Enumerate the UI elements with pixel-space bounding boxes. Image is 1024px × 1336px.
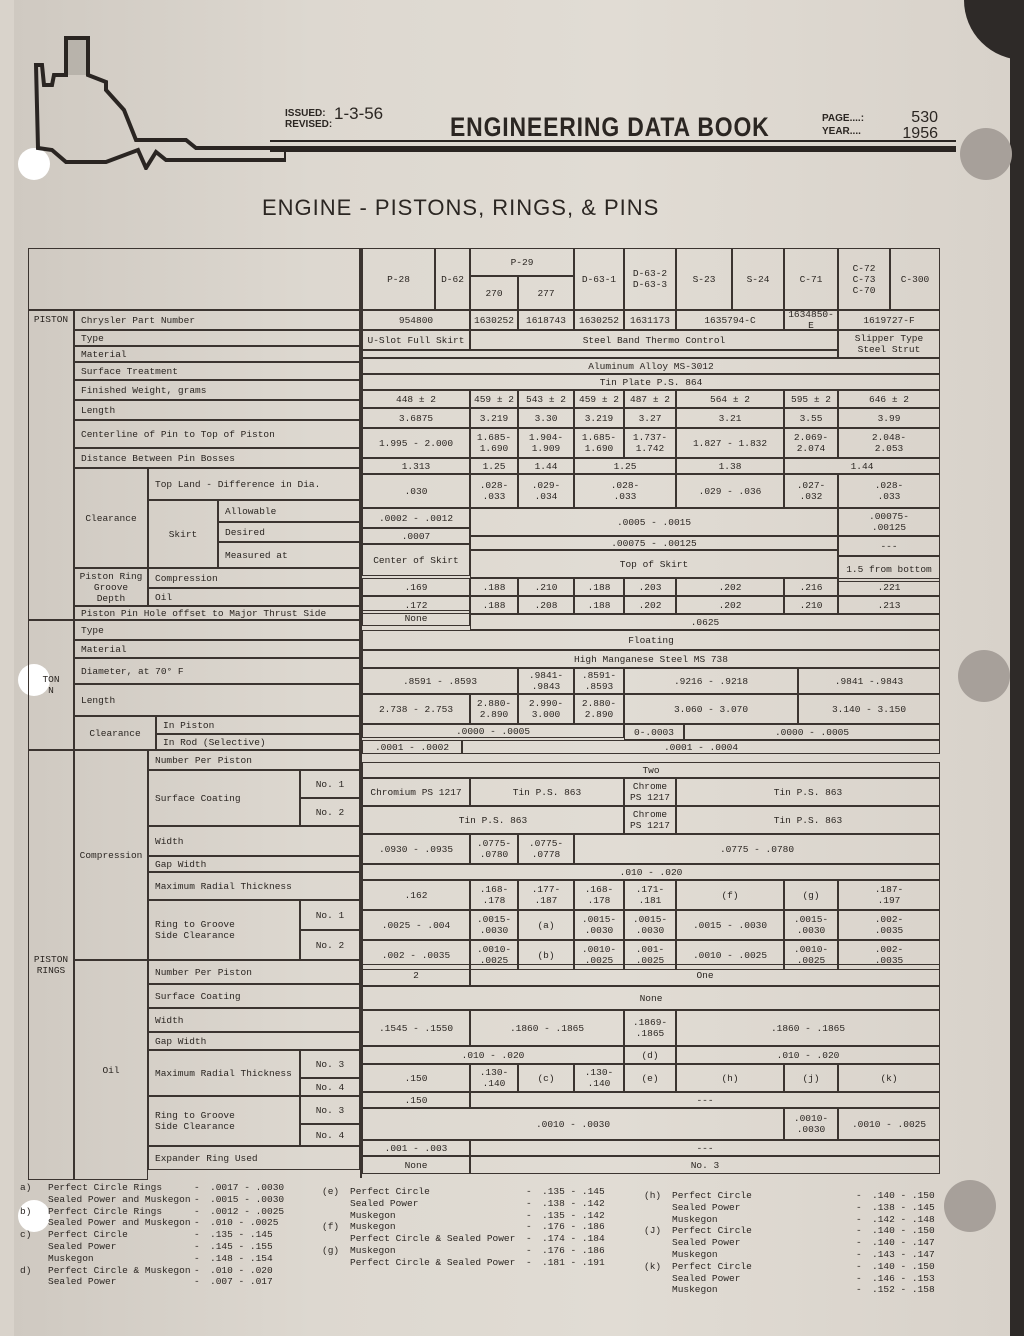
cell-oil-side4: .001 - .003 [362,1140,470,1156]
cell-bosses: 1.25 [470,458,518,474]
page-year-values: 530 1956 [898,110,938,142]
cell-type: Steel Band Thermo Control [470,330,838,350]
footnote-manufacturer: Muskegon [350,1210,526,1222]
row-label-length: Length [74,400,360,420]
row-label-material: Material [74,346,360,362]
cell-oil-coating: None [362,986,940,1010]
footnote-row: b)Perfect Circle Rings-.0012 - .0025 [20,1206,284,1218]
cell-pin-diameter: .8591 - .8593 [362,668,518,694]
footnote-dash: - [526,1233,542,1245]
cell-pin-length: 3.140 - 3.150 [798,694,940,724]
row-label-pin-type: Type [74,620,360,640]
cell-bosses: 1.44 [518,458,574,474]
footnote-key [20,1217,48,1229]
cell-oil-width: .1860 - .1865 [470,1010,624,1046]
footnotes-column-2: (e)Perfect Circle-.135 - .145Sealed Powe… [322,1186,605,1269]
binder-hole-shadow [958,650,1010,702]
cell-allowable: .0005 - .0015 [470,508,838,536]
cell-length: 3.55 [784,408,838,428]
row-label-pin-material: Material [74,640,360,658]
col-header-p29: P-29 [470,248,574,276]
footnote-key: b) [20,1206,48,1218]
footnote-row: Perfect Circle & Sealed Power-.174 - .18… [322,1233,605,1245]
skirt-label: Skirt [148,500,218,568]
issued-date: 1-3-56 [334,104,383,124]
cell-topland: .028- .033 [470,474,518,508]
cell-measured: Center of Skirt [362,544,470,576]
footnote-row: Muskegon-.148 - .154 [20,1253,284,1265]
cell-surface: Tin Plate P.S. 864 [362,374,940,390]
cell-type: U-Slot Full Skirt [362,330,470,350]
cell-oil_rad3: (e) [624,1064,676,1092]
cell-coat1: Tin P.S. 863 [676,778,940,806]
footnote-key [644,1273,672,1285]
section-rings: PISTON RINGS [28,750,74,1180]
binder-hole-shadow [944,1180,996,1232]
col-header-c72: C-72 C-73 C-70 [838,248,890,310]
cell-groove_oil: .210 [784,596,838,614]
cell-coat2: Tin P.S. 863 [676,806,940,834]
cell-groove_comp: .169 [362,578,470,596]
cell-length: 3.21 [676,408,784,428]
clearance-label: Clearance [74,468,148,568]
cell-centerline: 1.904- 1.909 [518,428,574,458]
footnote-manufacturer: Perfect Circle & Muskegon [48,1265,194,1277]
footnote-dash: - [194,1276,210,1288]
col-header-s23: S-23 [676,248,732,310]
footnote-dash: - [194,1217,210,1229]
cell-oil-number: One [470,964,940,986]
cell-groove_comp: .203 [624,578,676,596]
col-header-s24: S-24 [732,248,784,310]
cell-desired: .00075 - .00125 [470,536,838,550]
cell-oil-rad4: --- [470,1092,940,1108]
cell-part: 1634850-E [784,310,838,330]
row-label-comp-number: Number Per Piston [148,750,360,770]
cell-weight: 459 ± 2 [574,390,624,408]
footnote-manufacturer: Perfect Circle [672,1225,856,1237]
cell-groove_oil: .202 [624,596,676,614]
footnote-key: a) [20,1182,48,1194]
footnote-manufacturer: Muskegon [672,1249,856,1261]
row-label-measured: Measured at [218,542,360,568]
cell-coat1: Chromium PS 1217 [362,778,470,806]
cell-centerline: 1.737- 1.742 [624,428,676,458]
row-label-pin-length: Length [74,684,360,716]
cell-comp_radial: .171- .181 [624,880,676,910]
cell-part: 1635794-C [676,310,784,330]
cell-oil_rad3: (j) [784,1064,838,1092]
row-label-comp-gap: Gap Width [148,856,360,872]
cell-weight: 487 ± 2 [624,390,676,408]
cell-measured: Top of Skirt [470,550,838,578]
footnote-range: .0015 - .0030 [210,1194,284,1206]
cell-comp-gap: .010 - .020 [362,864,940,880]
footnote-key [20,1241,48,1253]
cell-bosses: 1.25 [574,458,676,474]
col-header-c300: C-300 [890,248,940,310]
row-label-no3: No. 3 [300,1050,360,1078]
page-edge [1010,0,1024,1336]
footnote-range: .007 - .017 [210,1276,273,1288]
cell-allowable: .0002 - .0012 [362,508,470,528]
cell-comp_radial: (f) [676,880,784,910]
cell-side1: .0015- .0030 [784,910,838,940]
cell-pin-length: 2.738 - 2.753 [362,694,470,724]
row-label-expander: Expander Ring Used [148,1146,360,1170]
header-rule-thick [270,146,956,152]
row-label-part_number: Chrysler Part Number [74,310,360,330]
cell-comp-number: Two [362,762,940,778]
cell-weight: 448 ± 2 [362,390,470,408]
footnote-range: .142 - .148 [872,1214,935,1226]
compression-label: Compression [74,750,148,960]
footnote-key [644,1202,672,1214]
cell-expander: No. 3 [470,1156,940,1174]
footnote-key: (e) [322,1186,350,1198]
cell-desired: --- [838,536,940,556]
row-label-no2: No. 2 [300,930,360,960]
row-label-allowable: Allowable [218,500,360,522]
cell-groove_oil: .188 [470,596,518,614]
cell-offset: .0625 [470,614,940,630]
row-label-oil-gap: Gap Width [148,1032,360,1050]
footnote-range: .010 - .020 [210,1265,273,1277]
cell-topland: .030 [362,474,470,508]
cell-coat2: Chrome PS 1217 [624,806,676,834]
cell-bosses: 1.38 [676,458,784,474]
row-label-no4: No. 4 [300,1078,360,1096]
book-title: ENGINEERING DATA BOOK [450,112,770,143]
row-label-groove-comp: Compression [148,568,360,588]
footnote-manufacturer: Sealed Power [672,1237,856,1249]
footnote-key: (g) [322,1245,350,1257]
table-divider [360,248,362,1178]
cell-groove_comp: .221 [838,578,940,596]
footnote-manufacturer: Muskegon [350,1245,526,1257]
row-label-oil-number: Number Per Piston [148,960,360,984]
footnote-key [644,1214,672,1226]
col-header-277: 277 [518,276,574,310]
row-label-comp-side: Ring to Groove Side Clearance [148,900,300,960]
cell-centerline: 1.685- 1.690 [574,428,624,458]
row-label-centerline: Centerline of Pin to Top of Piston [74,420,360,448]
cell-desired: .0007 [362,528,470,544]
cell-part: 1630252 [470,310,518,330]
cell-pin-diameter: .9841- .9843 [518,668,574,694]
footnote-range: .010 - .0025 [210,1217,278,1229]
footnote-range: .138 - .142 [542,1198,605,1210]
footnote-row: Sealed Power and Muskegon-.010 - .0025 [20,1217,284,1229]
footnote-range: .0017 - .0030 [210,1182,284,1194]
section-piston: PISTON [28,310,74,620]
cell-oil-side3: .0010 - .0030 [362,1108,784,1140]
cell-centerline: 1.995 - 2.000 [362,428,470,458]
footnote-key: (J) [644,1225,672,1237]
footnote-range: .135 - .145 [542,1186,605,1198]
cell-oil-width: .1860 - .1865 [676,1010,940,1046]
row-label-no3: No. 3 [300,1096,360,1124]
cell-coat1: Tin P.S. 863 [470,778,624,806]
row-label-groove-oil: Oil [148,588,360,606]
cell-comp_radial: (g) [784,880,838,910]
cell-groove_oil: .213 [838,596,940,614]
footnote-range: .0012 - .0025 [210,1206,284,1218]
cell-groove_comp: .216 [784,578,838,596]
footnote-key [322,1257,350,1269]
cell-bosses: 1.313 [362,458,470,474]
cell-pin-length: 2.990- 3.000 [518,694,574,724]
footnote-range: .174 - .184 [542,1233,605,1245]
footnote-row: Perfect Circle & Sealed Power-.181 - .19… [322,1257,605,1269]
cell-type: Slipper Type Steel Strut [838,330,940,358]
cell-groove_comp: .202 [676,578,784,596]
cell-comp_radial: .168- .178 [574,880,624,910]
footnote-manufacturer: Muskegon [350,1221,526,1233]
footnote-manufacturer: Perfect Circle [672,1261,856,1273]
row-label-surface_treatment: Surface Treatment [74,362,360,380]
footnote-manufacturer: Perfect Circle [672,1190,856,1202]
footnote-row: Sealed Power-.138 - .145 [644,1202,935,1214]
footnote-row: Muskegon-.143 - .147 [644,1249,935,1261]
footnote-key [644,1284,672,1296]
cell-expander: None [362,1156,470,1174]
footnotes-column-3: (h)Perfect Circle-.140 - .150Sealed Powe… [644,1190,935,1296]
cell-length: 3.6875 [362,408,470,428]
row-label-oil-radial: Maximum Radial Thickness [148,1050,300,1096]
row-label-no1: No. 1 [300,900,360,930]
cell-length: 3.30 [518,408,574,428]
issued-revised-labels: ISSUED: REVISED: [285,108,332,130]
cell-topland: .028- .033 [574,474,676,508]
cell-comp-width: .0775 - .0780 [574,834,940,864]
cell-comp-width: .0930 - .0935 [362,834,470,864]
cell-comp_radial: .177- .187 [518,880,574,910]
footnote-dash: - [194,1265,210,1277]
footnote-dash: - [856,1261,872,1273]
cell-oil-side3: .0010- .0030 [784,1108,838,1140]
col-header-p28: P-28 [362,248,435,310]
row-label-pin_bosses: Distance Between Pin Bosses [74,448,360,468]
footnote-row: Muskegon-.152 - .158 [644,1284,935,1296]
footnote-key [322,1198,350,1210]
footnote-manufacturer: Sealed Power [48,1276,194,1288]
cell-oil-rad4: .150 [362,1092,470,1108]
footnote-range: .140 - .150 [872,1225,935,1237]
row-label-oil-width: Width [148,1008,360,1032]
footnote-key [20,1194,48,1206]
cell-in-piston: 0-.0003 [624,724,684,740]
cell-side1: .0015 - .0030 [676,910,784,940]
row-label-comp-width: Width [148,826,360,856]
footnote-key [322,1210,350,1222]
cell-oil-gap: (d) [624,1046,676,1064]
cell-pin-type: Floating [362,630,940,650]
row-label-no2: No. 2 [300,798,360,826]
revised-label: REVISED: [285,119,332,130]
footnote-range: .148 - .154 [210,1253,273,1265]
cell-groove_oil: .188 [574,596,624,614]
footnote-range: .146 - .153 [872,1273,935,1285]
cell-coat1: Chrome PS 1217 [624,778,676,806]
cell-offset: None [362,610,470,626]
cell-side1: .0015- .0030 [470,910,518,940]
cell-weight: 543 ± 2 [518,390,574,408]
footnote-range: .135 - .142 [542,1210,605,1222]
footnote-row: (J)Perfect Circle-.140 - .150 [644,1225,935,1237]
footnote-manufacturer: Sealed Power [350,1198,526,1210]
footnote-dash: - [856,1214,872,1226]
engine-silhouette-icon [26,30,286,170]
footnote-range: .145 - .155 [210,1241,273,1253]
footnote-dash: - [194,1229,210,1241]
footnote-manufacturer: Perfect Circle [48,1229,194,1241]
cell-pin-length: 3.060 - 3.070 [624,694,798,724]
cell-pin-diameter: .9841 -.9843 [798,668,940,694]
footnote-manufacturer: Sealed Power and Muskegon [48,1194,194,1206]
footnote-key: c) [20,1229,48,1241]
cell-pin-length: 2.880- 2.890 [574,694,624,724]
issued-label: ISSUED: [285,108,332,119]
footnote-row: Muskegon-.142 - .148 [644,1214,935,1226]
footnote-dash: - [526,1198,542,1210]
col-header-270: 270 [470,276,518,310]
cell-oil-gap: .010 - .020 [676,1046,940,1064]
footnote-range: .152 - .158 [872,1284,935,1296]
footnote-manufacturer: Perfect Circle Rings [48,1182,194,1194]
footnote-range: .140 - .150 [872,1261,935,1273]
cell-oil_rad3: (k) [838,1064,940,1092]
cell-pin-diameter: .9216 - .9218 [624,668,798,694]
footnote-key [644,1249,672,1261]
footnote-key: (f) [322,1221,350,1233]
footnote-manufacturer: Muskegon [48,1253,194,1265]
cell-in-piston: .0000 - .0005 [362,724,624,738]
cell-part: 1631173 [624,310,676,330]
footnote-dash: - [856,1225,872,1237]
footnote-range: .138 - .145 [872,1202,935,1214]
cell-coat2: Tin P.S. 863 [362,806,624,834]
footnote-manufacturer: Muskegon [672,1284,856,1296]
cell-weight: 646 ± 2 [838,390,940,408]
page-number: 530 [898,110,938,126]
footnote-dash: - [526,1257,542,1269]
row-label-oil-side: Ring to Groove Side Clearance [148,1096,300,1146]
footnote-row: (f)Muskegon-.176 - .186 [322,1221,605,1233]
cell-side1: .0015- .0030 [624,910,676,940]
page-title: ENGINE - PISTONS, RINGS, & PINS [262,195,659,221]
cell-in-piston: .0000 - .0005 [684,724,940,740]
cell-oil_rad3: .130- .140 [574,1064,624,1092]
footnote-manufacturer: Sealed Power and Muskegon [48,1217,194,1229]
groove-depth-label: Piston Ring Groove Depth [74,568,148,606]
footnote-row: Sealed Power-.138 - .142 [322,1198,605,1210]
footnote-row: Sealed Power-.145 - .155 [20,1241,284,1253]
cell-oil_rad3: (c) [518,1064,574,1092]
footnote-dash: - [856,1273,872,1285]
cell-side1: .0025 - .004 [362,910,470,940]
section-pin: TON N [28,620,74,750]
cell-length: 3.219 [470,408,518,428]
footnotes-column-1: a)Perfect Circle Rings-.0017 - .0030Seal… [20,1182,284,1288]
footnote-range: .140 - .147 [872,1237,935,1249]
footnote-range: .176 - .186 [542,1245,605,1257]
cell-topland: .027- .032 [784,474,838,508]
footnote-manufacturer: Perfect Circle & Sealed Power [350,1257,526,1269]
cell-length: 3.27 [624,408,676,428]
cell-centerline: 2.069- 2.074 [784,428,838,458]
cell-topland: .028- .033 [838,474,940,508]
cell-groove_oil: .208 [518,596,574,614]
footnote-manufacturer: Muskegon [672,1214,856,1226]
cell-oil_rad3: (h) [676,1064,784,1092]
cell-groove_comp: .188 [574,578,624,596]
cell-groove_comp: .210 [518,578,574,596]
footnote-dash: - [526,1221,542,1233]
cell-pin-length: 2.880- 2.890 [470,694,518,724]
cell-centerline: 1.685- 1.690 [470,428,518,458]
footnote-range: .140 - .150 [872,1190,935,1202]
footnote-manufacturer: Sealed Power [48,1241,194,1253]
footnote-range: .176 - .186 [542,1221,605,1233]
cell-weight: 564 ± 2 [676,390,784,408]
page-label: PAGE....: [822,112,864,125]
footnote-dash: - [856,1284,872,1296]
cell-weight: 459 ± 2 [470,390,518,408]
col-header-d62: D-62 [435,248,470,310]
row-label-pin-diameter: Diameter, at 70° F [74,658,360,684]
footnote-row: (h)Perfect Circle-.140 - .150 [644,1190,935,1202]
footnote-dash: - [194,1194,210,1206]
row-label-no1: No. 1 [300,770,360,798]
footnote-key: d) [20,1265,48,1277]
cell-oil_rad3: .150 [362,1064,470,1092]
footnote-row: Muskegon-.135 - .142 [322,1210,605,1222]
row-label-in-rod: In Rod (Selective) [156,734,360,750]
footnote-dash: - [194,1241,210,1253]
footnote-row: d)Perfect Circle & Muskegon-.010 - .020 [20,1265,284,1277]
footnote-key [322,1233,350,1245]
footnote-manufacturer: Perfect Circle Rings [48,1206,194,1218]
footnote-row: (g)Muskegon-.176 - .186 [322,1245,605,1257]
cell-groove_oil: .202 [676,596,784,614]
row-label-type: Type [74,330,360,346]
cell-topland: .029- .034 [518,474,574,508]
footnote-key [644,1237,672,1249]
cell-blank [362,350,838,358]
cell-oil-width: .1545 - .1550 [362,1010,470,1046]
cell-topland: .029 - .036 [676,474,784,508]
footnote-manufacturer: Sealed Power [672,1273,856,1285]
cell-comp_radial: .168- .178 [470,880,518,910]
footnote-key [20,1253,48,1265]
cell-part: 954800 [362,310,470,330]
footnote-dash: - [194,1253,210,1265]
cell-groove_comp: .188 [470,578,518,596]
footnote-row: Sealed Power-.140 - .147 [644,1237,935,1249]
footnote-row: Sealed Power-.146 - .153 [644,1273,935,1285]
cell-pin-material: High Manganese Steel MS 738 [362,650,940,668]
cell-centerline: 2.048- 2.053 [838,428,940,458]
col-header-d632: D-63-2 D-63-3 [624,248,676,310]
cell-comp-width: .0775- .0780 [470,834,518,864]
cell-oil_rad3: .130- .140 [470,1064,518,1092]
footnote-dash: - [856,1202,872,1214]
footnote-dash: - [194,1206,210,1218]
cell-comp-width: .0775- .0778 [518,834,574,864]
binder-hole-shadow [960,128,1012,180]
row-label-offset: Piston Pin Hole offset to Major Thrust S… [74,606,360,620]
